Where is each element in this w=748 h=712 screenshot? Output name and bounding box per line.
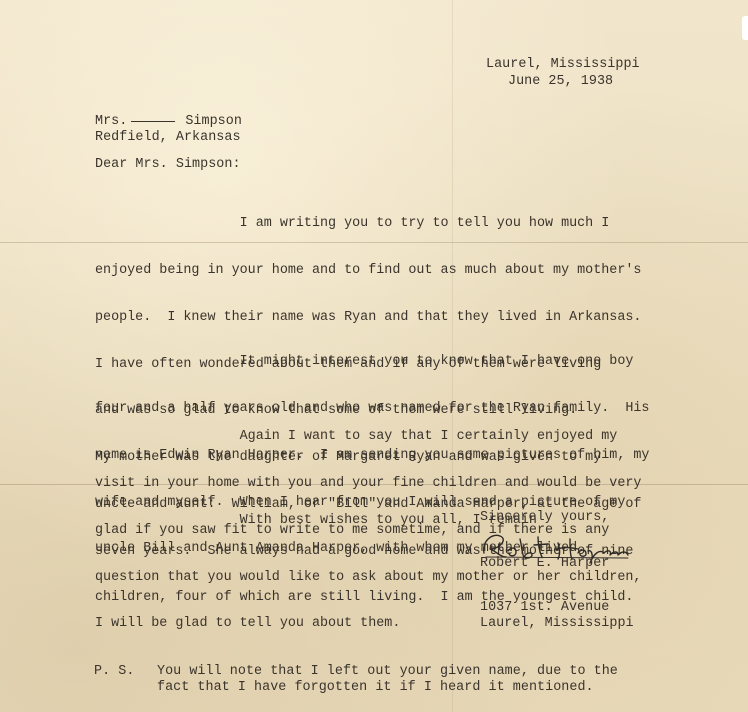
recipient-address: Redfield, Arkansas bbox=[95, 130, 241, 145]
closing: Sincerely yours, bbox=[480, 510, 609, 525]
salutation: Dear Mrs. Simpson: bbox=[95, 157, 241, 172]
body-line: With best wishes to you all, I remain bbox=[95, 513, 537, 529]
postscript-label: P. S. bbox=[94, 664, 134, 679]
recipient-name-line: Mrs.Simpson bbox=[95, 114, 242, 129]
body-line: It might interest you to know that I hav… bbox=[95, 354, 649, 370]
recipient-title: Mrs. bbox=[95, 114, 127, 129]
recipient-surname: Simpson bbox=[185, 114, 242, 129]
postscript-line: You will note that I left out your given… bbox=[157, 664, 618, 679]
body-line: question that you would like to ask abou… bbox=[95, 570, 641, 586]
paragraph-4: With best wishes to you all, I remain bbox=[95, 482, 537, 560]
blank-given-name bbox=[131, 121, 175, 122]
body-line: I am writing you to try to tell you how … bbox=[95, 216, 641, 232]
signer-name: Robert E. Harper bbox=[480, 556, 609, 571]
sender-street: 1037 1st. Avenue bbox=[480, 600, 609, 615]
letter-date: June 25, 1938 bbox=[508, 74, 613, 89]
body-line: enjoyed being in your home and to find o… bbox=[95, 263, 641, 279]
postscript-line: fact that I have forgotten it if I heard… bbox=[157, 680, 594, 695]
body-line: Again I want to say that I certainly enj… bbox=[95, 429, 641, 445]
sender-city: Laurel, Mississippi bbox=[480, 616, 634, 631]
letter-page: Laurel, Mississippi June 25, 1938 Mrs.Si… bbox=[0, 0, 748, 712]
paper-tear-mark bbox=[742, 16, 748, 40]
letter-place: Laurel, Mississippi bbox=[486, 57, 640, 72]
